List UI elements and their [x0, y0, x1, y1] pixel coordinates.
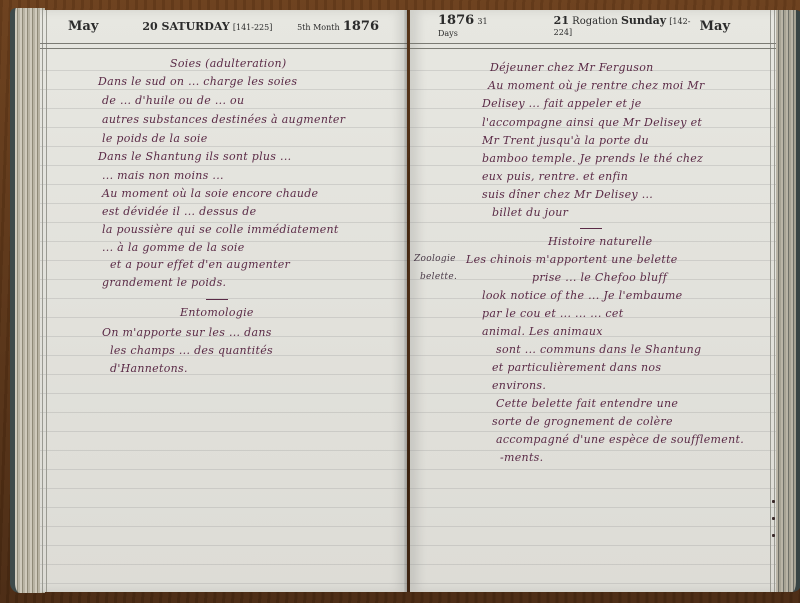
- margin-note: belette.: [420, 268, 457, 287]
- entry-line: Déjeuner chez Mr Ferguson: [490, 58, 654, 77]
- page-header: 1876 31 Days 21 Rogation Sunday [142-224…: [410, 10, 776, 42]
- header-month-number: 5th Month: [297, 23, 340, 32]
- entry-line: Dans le Shantung ils sont plus ...: [98, 147, 291, 166]
- entry-line: eux puis, rentre. et enfin: [482, 167, 628, 186]
- entry-line: de ... d'huile ou de ... ou: [102, 91, 244, 110]
- entry-title: Histoire naturelle: [548, 232, 652, 251]
- entry-line: l'accompagne ainsi que Mr Delisey et: [482, 113, 702, 132]
- entry-line: sont ... communs dans le Shantung: [496, 340, 701, 359]
- entry-line: billet du jour: [492, 203, 568, 222]
- entry-line: le poids de la soie: [102, 129, 208, 148]
- header-year: 1876: [343, 19, 379, 34]
- margin-rule: [46, 10, 47, 592]
- entry-line: accompagné d'une espèce de soufflement.: [496, 430, 744, 449]
- entry-line: grandement le poids.: [102, 273, 226, 292]
- ruled-lines: [40, 52, 407, 592]
- header-rule: [40, 43, 407, 49]
- entry-line: Delisey ... fait appeler et je: [482, 94, 642, 113]
- header-rule: [410, 43, 776, 49]
- header-day-prefix: Rogation: [572, 16, 618, 27]
- entry-title: Soies (adulteration): [170, 54, 287, 73]
- page-header: May 20 SATURDAY [141-225] 5th Month 1876: [40, 10, 407, 42]
- entry-line: environs.: [492, 376, 546, 395]
- diary-left-page: May 20 SATURDAY [141-225] 5th Month 1876…: [40, 10, 407, 592]
- header-day-name: Sunday: [621, 14, 666, 27]
- entry-line: autres substances destinées à augmenter: [102, 110, 345, 129]
- margin-rule: [42, 10, 43, 592]
- header-year: 1876: [438, 13, 474, 28]
- entry-line: est dévidée il ... dessus de: [102, 202, 256, 221]
- header-day-count: [141-225]: [233, 23, 272, 32]
- entry-line: sorte de grognement de colère: [492, 412, 673, 431]
- section-divider: [580, 228, 602, 229]
- entry-line: d'Hannetons.: [110, 359, 188, 378]
- header-year-days: 1876 31 Days: [438, 13, 506, 39]
- entry-line: par le cou et ... ... ... cet: [482, 304, 623, 323]
- diary-right-page: 1876 31 Days 21 Rogation Sunday [142-224…: [410, 10, 776, 592]
- header-date: 21 Rogation Sunday [142-224]: [554, 14, 700, 38]
- entry-line: look notice of the ... Je l'embaume: [482, 286, 682, 305]
- fore-edge-marks: [772, 500, 776, 560]
- entry-line: suis dîner chez Mr Delisey ...: [482, 185, 653, 204]
- entry-line: Les chinois m'apportent une belette: [466, 250, 678, 269]
- entry-title: Entomologie: [180, 303, 254, 322]
- entry-line: bamboo temple. Je prends le thé chez: [482, 149, 703, 168]
- header-date: 20 SATURDAY [141-225]: [142, 20, 272, 33]
- entry-line: Au moment où je rentre chez moi Mr: [488, 76, 705, 95]
- book-right-page-edges: [776, 10, 800, 592]
- entry-line: les champs ... des quantités: [110, 341, 273, 360]
- entry-line: animal. Les animaux: [482, 322, 603, 341]
- header-month: May: [700, 19, 730, 34]
- margin-rule: [770, 10, 771, 592]
- entry-line: et a pour effet d'en augmenter: [110, 255, 290, 274]
- section-divider: [206, 299, 228, 300]
- header-day: 20 SATURDAY: [142, 20, 229, 33]
- entry-line: ... mais non moins ...: [102, 166, 224, 185]
- entry-line: -ments.: [500, 448, 543, 467]
- entry-line: Au moment où la soie encore chaude: [102, 184, 318, 203]
- entry-line: et particulièrement dans nos: [492, 358, 661, 377]
- entry-line: prise ... le Chefoo bluff: [532, 268, 667, 287]
- entry-line: On m'apporte sur les ... dans: [102, 323, 272, 342]
- margin-note: Zoologie: [414, 250, 456, 269]
- entry-line: Mr Trent jusqu'à la porte du: [482, 131, 649, 150]
- header-month: May: [68, 19, 98, 34]
- header-month-year: 5th Month 1876: [297, 19, 379, 34]
- header-day-number: 21: [554, 14, 569, 27]
- entry-line: Cette belette fait entendre une: [496, 394, 678, 413]
- entry-line: Dans le sud on ... charge les soies: [98, 72, 297, 91]
- entry-line: la poussière qui se colle immédiatement: [102, 220, 339, 239]
